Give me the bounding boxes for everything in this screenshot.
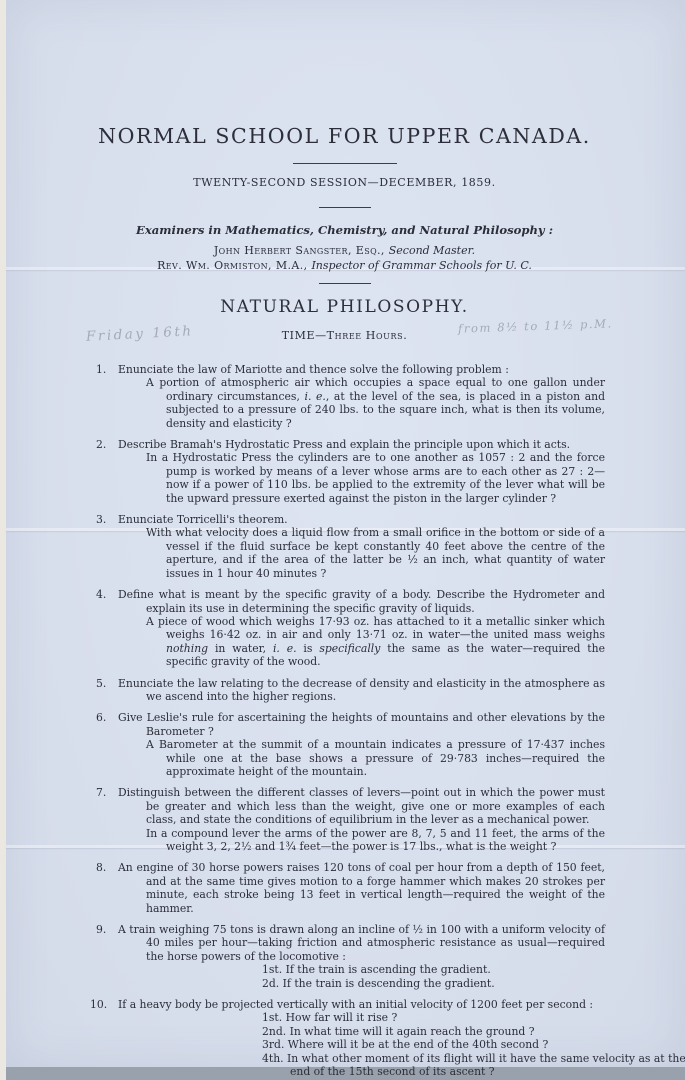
question-number: 3. (96, 513, 106, 526)
question-text: An engine of 30 horse powers raises 120 … (84, 861, 605, 915)
subitem: 2nd. In what time will it again reach th… (262, 1025, 605, 1038)
question-9: 9. A train weighing 75 tons is drawn alo… (84, 923, 605, 990)
question-problem: In a compound lever the arms of the powe… (84, 827, 605, 854)
question-2: 2. Describe Bramah's Hydrostatic Press a… (84, 438, 605, 505)
question-number: 7. (96, 786, 106, 799)
subitem-continuation: end of the 15th second of its ascent ? (290, 1065, 605, 1078)
question-7: 7. Distinguish between the different cla… (84, 786, 605, 853)
question-number: 4. (96, 588, 106, 601)
question-problem: A Barometer at the summit of a mountain … (84, 738, 605, 778)
examiner-line-2: Rev. Wm. Ormiston, M.A., Inspector of Gr… (84, 259, 605, 272)
question-text: Define what is meant by the specific gra… (84, 588, 605, 615)
page-content: NORMAL SCHOOL FOR UPPER CANADA. TWENTY-S… (84, 0, 605, 1080)
question-text: Distinguish between the different classe… (84, 786, 605, 826)
examiners-heading: Examiners in Mathematics, Chemistry, and… (84, 223, 605, 237)
page-title: NORMAL SCHOOL FOR UPPER CANADA. (84, 124, 605, 148)
examiner-title: Inspector of Grammar Schools for U. C. (311, 259, 531, 272)
examiner-name: Rev. Wm. Ormiston, M.A., (157, 259, 311, 272)
question-number: 6. (96, 711, 106, 724)
examiner-title: Second Master. (389, 244, 475, 257)
question-text: Enunciate Torricelli's theorem. (84, 513, 605, 526)
question-problem: A portion of atmospheric air which occup… (84, 376, 605, 430)
question-number: 8. (96, 861, 106, 874)
question-1: 1. Enunciate the law of Mariotte and the… (84, 363, 605, 430)
question-text: Describe Bramah's Hydrostatic Press and … (84, 438, 605, 451)
question-subitems: 1st. If the train is ascending the gradi… (262, 963, 605, 990)
question-6: 6. Give Leslie's rule for ascertaining t… (84, 711, 605, 778)
subitem: 3rd. Where will it be at the end of the … (262, 1038, 605, 1051)
subitem: 2d. If the train is descending the gradi… (262, 977, 605, 990)
question-list: 1. Enunciate the law of Mariotte and the… (84, 363, 605, 1079)
question-text: Give Leslie's rule for ascertaining the … (84, 711, 605, 738)
question-3: 3. Enunciate Torricelli's theorem. With … (84, 513, 605, 580)
examiner-name: John Herbert Sangster, Esq., (214, 244, 389, 257)
exam-paper: NORMAL SCHOOL FOR UPPER CANADA. TWENTY-S… (6, 0, 685, 1067)
time-row: Friday 16th TIME—Three Hours. from 8½ to… (84, 325, 605, 349)
question-number: 10. (90, 998, 107, 1011)
question-problem: A piece of wood which weighs 17·93 oz. h… (84, 615, 605, 669)
question-text: If a heavy body be projected vertically … (84, 998, 605, 1011)
divider-rule (293, 163, 397, 164)
subitem: 1st. If the train is ascending the gradi… (262, 963, 605, 976)
question-text: Enunciate the law of Mariotte and thence… (84, 363, 605, 376)
question-5: 5. Enunciate the law relating to the dec… (84, 677, 605, 704)
question-subitems: 1st. How far will it rise ? 2nd. In what… (262, 1011, 605, 1078)
question-number: 9. (96, 923, 106, 936)
question-number: 1. (96, 363, 106, 376)
question-4: 4. Define what is meant by the specific … (84, 588, 605, 668)
question-8: 8. An engine of 30 horse powers raises 1… (84, 861, 605, 915)
subitem: 1st. How far will it rise ? (262, 1011, 605, 1024)
question-text: Enunciate the law relating to the decrea… (84, 677, 605, 704)
divider-rule (319, 283, 371, 284)
session-line: TWENTY-SECOND SESSION—DECEMBER, 1859. (84, 176, 605, 189)
section-title: NATURAL PHILOSOPHY. (84, 297, 605, 317)
question-problem: With what velocity does a liquid flow fr… (84, 526, 605, 580)
question-number: 2. (96, 438, 106, 451)
question-10: 10. If a heavy body be projected vertica… (84, 998, 605, 1078)
divider-rule (319, 207, 371, 208)
question-number: 5. (96, 677, 106, 690)
question-text: A train weighing 75 tons is drawn along … (84, 923, 605, 963)
question-problem: In a Hydrostatic Press the cylinders are… (84, 451, 605, 505)
examiner-line-1: John Herbert Sangster, Esq., Second Mast… (84, 244, 605, 257)
subitem: 4th. In what other moment of its flight … (262, 1052, 605, 1065)
scanned-exam-page: NORMAL SCHOOL FOR UPPER CANADA. TWENTY-S… (0, 0, 685, 1080)
